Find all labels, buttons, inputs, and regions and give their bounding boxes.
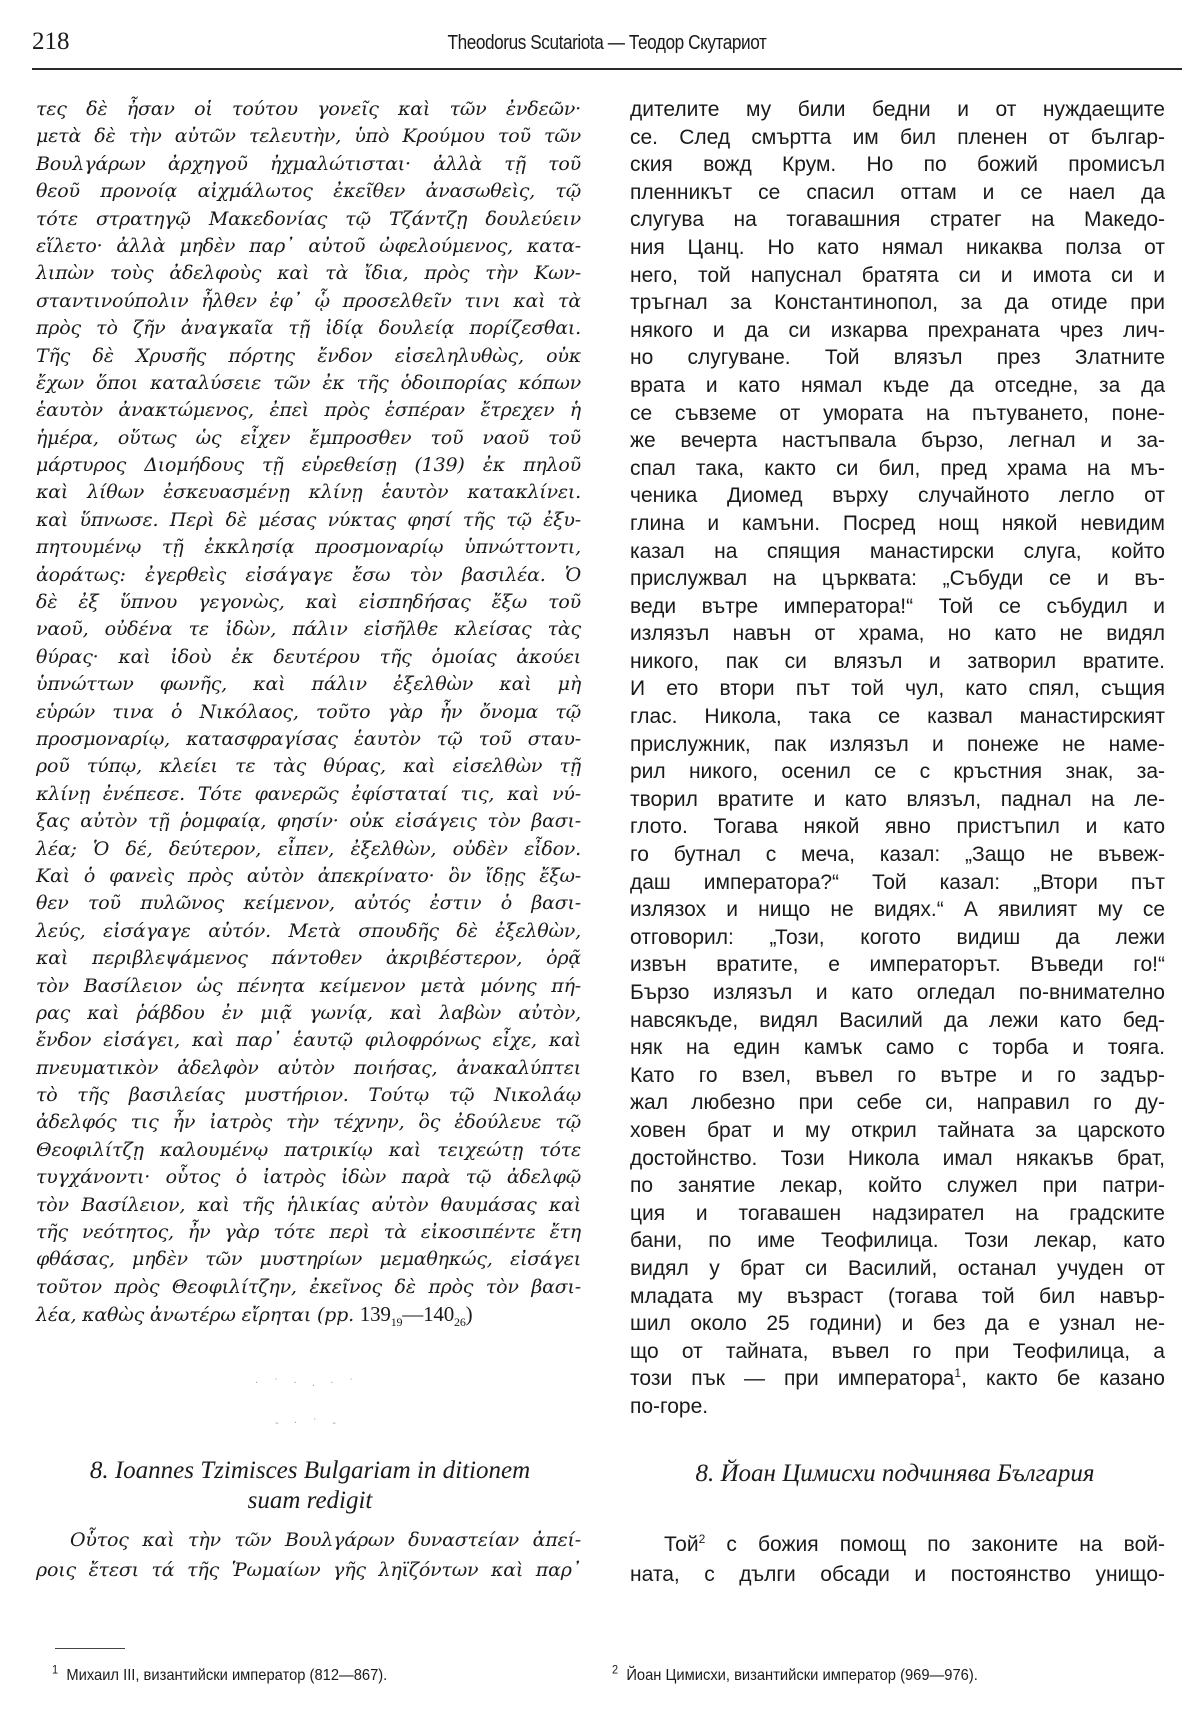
text-line: λέα; Ὁ δέ, δεύτερον, εἶπεν, ἐξελθὼν, οὐδ… bbox=[36, 836, 581, 863]
text-line: дителите му били бедни и от нуждаещите bbox=[630, 96, 1165, 124]
text-line: же вечерта настъпвала бързо, легнал и за… bbox=[630, 427, 1165, 455]
text-line: τὸ τῆς βασιλείας μυστήριον. Τούτῳ τῷ Νικ… bbox=[36, 1082, 581, 1109]
text-line: глина и камъни. Посред нощ някой невидим bbox=[630, 510, 1165, 538]
text-span: с божия помощ по законите на вой- bbox=[705, 1533, 1165, 1556]
text-line: ἡμέρα, οὕτως ὡς εἶχεν ἔμπροσθεν τοῦ ναοῦ… bbox=[36, 425, 581, 452]
text-line: жал любезно при себе си, направил го ду- bbox=[630, 1089, 1165, 1117]
text-line: врата и като нямал къде да отседне, за д… bbox=[630, 372, 1165, 400]
text-line: ἀοράτως: ἐγερθεὶς εἰσάγαγε ἔσω τὸν βασιλ… bbox=[36, 562, 581, 589]
text-line: глото. Тогава някой явно пристъпил и кат… bbox=[630, 813, 1165, 841]
text-line-with-reference: λέα, καθὼς ἀνωτέρω εἴρηται (pp. 13919—14… bbox=[36, 1301, 581, 1328]
heading-line: suam redigit bbox=[30, 1486, 590, 1516]
text-line: тръгнал за Константинопол, за да отиде п… bbox=[630, 289, 1165, 317]
text-line: θεν τοῦ πυλῶνος κείμενον, αὐτός ἐστιν ὁ … bbox=[36, 890, 581, 917]
section8-greek-paragraph: Οὗτος καὶ τὴν τῶν Βουλγάρων δυναστείαν ἀ… bbox=[36, 1525, 581, 1585]
footnote-text: Йоан Цимисхи, византийски император (969… bbox=[626, 1667, 977, 1684]
text-line: θεοῦ προνοίᾳ αἰχμάλωτος ἐκεῖθεν ἀνασωθεὶ… bbox=[36, 178, 581, 205]
text-line: извън вратите, е императорът. Въведи го!… bbox=[630, 951, 1165, 979]
text-line-with-footnote: този пък — при императора1, както бе каз… bbox=[630, 1365, 1165, 1393]
bulgarian-text-column: дителите му били бедни и от нуждаещитесе… bbox=[630, 96, 1165, 1421]
text-line: казал на спящия манастирски слуга, който bbox=[630, 538, 1165, 566]
header-rule bbox=[32, 68, 1182, 70]
text-line: ция и тогавашен надзирател на градските bbox=[630, 1200, 1165, 1228]
text-line: никого, пак си влязъл и затворил вратите… bbox=[630, 648, 1165, 676]
text-line: σταντινούπολιν ἦλθεν ἐφ᾿ ᾧ προσελθεῖν τι… bbox=[36, 288, 581, 315]
text-line: спал така, както си бил, пред храма на м… bbox=[630, 455, 1165, 483]
text-span: този пък — при императора bbox=[630, 1367, 954, 1390]
text-line: ἑαυτὸν ἀνακτώμενος, ἐπεὶ πρὸς ἑσπέραν ἔτ… bbox=[36, 397, 581, 424]
text-line: се съвземе от умората на пътуването, пон… bbox=[630, 400, 1165, 428]
footnote-2: 2 Йоан Цимисхи, византийски император (9… bbox=[612, 1667, 978, 1685]
text-line: творил вратите и като влязъл, паднал на … bbox=[630, 786, 1165, 814]
print-specks: · ˙ · . · ˙ bbox=[255, 1378, 360, 1389]
text-line: ἀδελφός τις ἦν ἰατρὸς τὴν τέχνην, ὃς ἐδο… bbox=[36, 1109, 581, 1136]
footnote-text: Михаил III, византийски император (812—8… bbox=[66, 1667, 387, 1684]
text-line: даш императора?“ Той казал: „Втори път bbox=[630, 869, 1165, 897]
text-line: ховен брат и му открил тайната за царско… bbox=[630, 1117, 1165, 1145]
text-line: Θεοφιλίτζῃ καλουμένῳ πατρικίῳ καὶ τειχεώ… bbox=[36, 1137, 581, 1164]
text-line: се. След смъртта им бил пленен от българ… bbox=[630, 124, 1165, 152]
section-heading-latin: 8. Ioannes Tzimisces Bulgariam in dition… bbox=[30, 1456, 590, 1516]
text-line: по занятие лекар, който служел при патри… bbox=[630, 1172, 1165, 1200]
text-line: ския вожд Крум. Но по божий промисъл bbox=[630, 151, 1165, 179]
text-line: ния Цанц. Но като нямал никаква полза от bbox=[630, 234, 1165, 262]
text-line: ξας αὐτὸν τῇ ῥομφαίᾳ, φησίν· οὐκ εἰσάγει… bbox=[36, 808, 581, 835]
text-span: λέα, καθὼς ἀνωτέρω εἴρηται (pp. bbox=[36, 1304, 360, 1326]
text-line: τὸν Βασίλειον, καὶ τῆς ἡλικίας αὐτὸν θαυ… bbox=[36, 1192, 581, 1219]
text-line: навсякъде, видял Василий да лежи като бе… bbox=[630, 1007, 1165, 1035]
text-line: Като го взел, въвел го вътре и го задър- bbox=[630, 1062, 1165, 1090]
text-line: И ето втори път той чул, като спял, същи… bbox=[630, 675, 1165, 703]
footnote-mark: 2 bbox=[612, 1663, 618, 1677]
text-line: καὶ ὕπνωσε. Περὶ δὲ μέσας νύκτας φησί τῆ… bbox=[36, 507, 581, 534]
text-line: него, той напуснал братята си и имота си… bbox=[630, 262, 1165, 290]
text-line: ἔχων ὅποι καταλύσειε τῶν ἐκ τῆς ὁδοιπορί… bbox=[36, 370, 581, 397]
text-line: отговорил: „Този, когото видиш да лежи bbox=[630, 924, 1165, 952]
text-line: излязъл навън от храма, но като не видял bbox=[630, 620, 1165, 648]
text-line: но слугуване. Той влязъл през Златните bbox=[630, 344, 1165, 372]
text-line: Τῆς δὲ Χρυσῆς πόρτης ἔνδον εἰσεληλυθὼς, … bbox=[36, 343, 581, 370]
greek-text-column: τες δὲ ἦσαν οἱ τούτου γονεῖς καὶ τῶν ἐνδ… bbox=[36, 96, 581, 1329]
text-line: някого и да си изкарва прехраната чрез л… bbox=[630, 317, 1165, 345]
text-line: εὑρών τινα ὁ Νικόλαος, τοῦτο γὰρ ἦν ὄνομ… bbox=[36, 699, 581, 726]
text-line: ἔνδον εἰσάγει, καὶ παρ᾿ ἑαυτῷ φιλοφρόνως… bbox=[36, 1027, 581, 1054]
page-number: 218 bbox=[32, 28, 70, 56]
text-line: глас. Никола, така се казвал манастирски… bbox=[630, 703, 1165, 731]
footnote-mark: 1 bbox=[52, 1663, 58, 1677]
text-line: πρὸς τὸ ζῆν ἀναγκαῖα τῇ ἰδίᾳ δουλείᾳ πορ… bbox=[36, 315, 581, 342]
text-line: πητουμένῳ τῇ ἐκκλησίᾳ προσμοναρίῳ ὑπνώττ… bbox=[36, 534, 581, 561]
text-line: κλίνῃ ἐνέπεσε. Τότε φανερῶς ἐφίσταταί τι… bbox=[36, 781, 581, 808]
text-line: що от тайната, въвел го при Теофилица, а bbox=[630, 1338, 1165, 1366]
text-line: δὲ ἐξ ὕπνου γεγονὼς, καὶ εἰσπηδήσας ἔξω … bbox=[36, 589, 581, 616]
text-line: μετὰ δὲ τὴν αὐτῶν τελευτὴν, ὑπὸ Κρούμου … bbox=[36, 123, 581, 150]
text-line: пленникът се спасил оттам и се наел да bbox=[630, 179, 1165, 207]
text-line: θύρας· καὶ ἰδοὺ ἐκ δευτέρου τῆς ὁμοίας ἀ… bbox=[36, 644, 581, 671]
text-line: излязох и нищо не видях.“ А явилият му с… bbox=[630, 896, 1165, 924]
text-line: рил никого, осенил се с кръстния знак, з… bbox=[630, 758, 1165, 786]
heading-line: 8. Ioannes Tzimisces Bulgariam in dition… bbox=[30, 1456, 590, 1486]
text-line: по-горе. bbox=[630, 1393, 1165, 1421]
text-line: веди вътре императора!“ Той се събудил и bbox=[630, 593, 1165, 621]
section8-bulgarian-paragraph: Той2 с божия помощ по законите на вой- н… bbox=[630, 1530, 1165, 1590]
page-header: 218 Theodorus Scutariota — Теодор Скутар… bbox=[32, 22, 1182, 62]
text-line: шил около 25 години) и без да е узнал не… bbox=[630, 1310, 1165, 1338]
text-line: го бутнал с меча, казал: „Защо не въвеж- bbox=[630, 841, 1165, 869]
text-line: Бързо излязъл и като огледал по-внимател… bbox=[630, 979, 1165, 1007]
footnote-rule bbox=[55, 1648, 125, 1649]
text-line: ὑπνώττων φωνῆς, καὶ πάλιν ἐξελθὼν καὶ μὴ bbox=[36, 671, 581, 698]
text-line: πνευματικὸν ἀδελφὸν αὐτὸν ποιήσας, ἀνακα… bbox=[36, 1055, 581, 1082]
text-line: Той2 с божия помощ по законите на вой- bbox=[630, 1530, 1165, 1560]
text-line: ροῦ τύπῳ, κλείει τε τὰς θύρας, καὶ εἰσελ… bbox=[36, 753, 581, 780]
text-line: младата му възраст (тогава той бил навър… bbox=[630, 1283, 1165, 1311]
text-line: τοῦτον πρὸς Θεοφιλίτζην, ἐκεῖνος δὲ πρὸς… bbox=[36, 1274, 581, 1301]
text-line: бани, по име Теофилица. Този лекар, като bbox=[630, 1227, 1165, 1255]
footnote-1: 1 Михаил III, византийски император (812… bbox=[52, 1667, 387, 1685]
text-line: λεύς, εἰσάγαγε αὐτόν. Μετὰ σπουδῆς δὲ ἐξ… bbox=[36, 918, 581, 945]
page-ref: 13919—14026) bbox=[360, 1302, 473, 1326]
text-line: Οὗτος καὶ τὴν τῶν Βουλγάρων δυναστείαν ἀ… bbox=[36, 1525, 581, 1555]
text-line: ρας καὶ ῥάβδου ἐν μιᾷ γωνίᾳ, καὶ λαβὼν α… bbox=[36, 1000, 581, 1027]
text-line: ροις ἔτεσι τά τῆς Ῥωμαίων γῆς ληϊζόντων … bbox=[36, 1555, 581, 1585]
text-line: Βουλγάρων ἀρχηγοῦ ἠχμαλώτισται· ἀλλὰ τῇ … bbox=[36, 151, 581, 178]
print-specks: - · ˙ - bbox=[275, 1418, 342, 1429]
text-line: Καὶ ὁ φανεὶς πρὸς αὐτὸν ἀπεκρίνατο· ὃν ἴ… bbox=[36, 863, 581, 890]
text-line: φθάσας, μηδὲν τῶν μυστηρίων μεμαθηκώς, ε… bbox=[36, 1246, 581, 1273]
text-line: τῆς νεότητος, ἦν γὰρ τότε περὶ τὰ εἰκοσι… bbox=[36, 1219, 581, 1246]
text-line: достойнство. Този Никола имал някакъв бр… bbox=[630, 1145, 1165, 1173]
text-span: , както бе казано bbox=[961, 1367, 1165, 1390]
text-line: прислужвал на църквата: „Събуди се и въ- bbox=[630, 565, 1165, 593]
running-title: Theodorus Scutariota — Теодор Скутариот bbox=[113, 32, 1102, 55]
text-line: ναοῦ, οὐδένα τε ἰδὼν, πάλιν εἰσῆλθε κλεί… bbox=[36, 616, 581, 643]
text-line: εἵλετο· ἀλλὰ μηδὲν παρ᾿ αὐτοῦ ὠφελούμενο… bbox=[36, 233, 581, 260]
section-heading-bulgarian: 8. Йоан Цимисхи подчинява България bbox=[630, 1459, 1160, 1489]
text-line: τὸν Βασίλειον ὡς πένητα κείμενον μετὰ μό… bbox=[36, 973, 581, 1000]
text-line: видял у брат си Василий, останал учуден … bbox=[630, 1255, 1165, 1283]
text-line: прислужник, пак излязъл и понеже не наме… bbox=[630, 731, 1165, 759]
text-span: Той bbox=[664, 1533, 699, 1556]
text-line: λιπὼν τοὺς ἀδελφοὺς καὶ τὰ ἴδια, πρὸς τὴ… bbox=[36, 260, 581, 287]
text-line: καὶ περιβλεψάμενος πάντοθεν ἀκριβέστερον… bbox=[36, 945, 581, 972]
text-line: ната, с дълги обсади и постоянство унищо… bbox=[630, 1560, 1165, 1590]
text-line: ченика Диомед върху случайното легло от bbox=[630, 482, 1165, 510]
text-line: няк на един камък само с торба и тояга. bbox=[630, 1034, 1165, 1062]
text-line: καὶ λίθων ἐσκευασμένῃ κλίνῃ ἑαυτὸν κατακ… bbox=[36, 479, 581, 506]
text-line: μάρτυρος Διομήδους τῇ εὑρεθείσῃ (139) ἐκ… bbox=[36, 452, 581, 479]
text-line: слугува на тогавашния стратег на Македо- bbox=[630, 206, 1165, 234]
text-line: προσμοναρίῳ, κατασφραγίσας ἑαυτὸν τῷ τοῦ… bbox=[36, 726, 581, 753]
text-line: τες δὲ ἦσαν οἱ τούτου γονεῖς καὶ τῶν ἐνδ… bbox=[36, 96, 581, 123]
text-line: τυγχάνοντι· οὗτος ὁ ἰατρὸς ἰδὼν παρὰ τῷ … bbox=[36, 1164, 581, 1191]
text-line: τότε στρατηγῷ Μακεδονίας τῷ Τζάντζῃ δουλ… bbox=[36, 206, 581, 233]
